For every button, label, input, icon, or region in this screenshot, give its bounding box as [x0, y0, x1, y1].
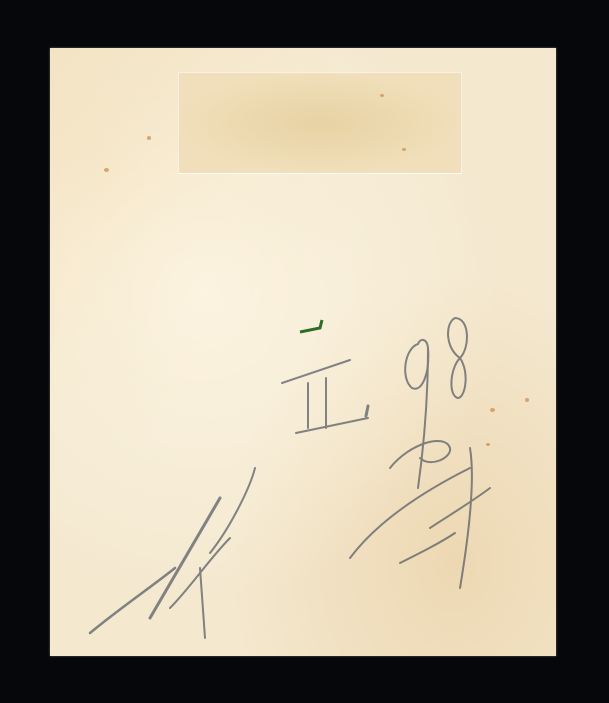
green-mark [300, 320, 322, 332]
stamp-back [50, 48, 556, 656]
pencil-markings [50, 48, 556, 656]
pencil-roman-top [282, 360, 350, 383]
